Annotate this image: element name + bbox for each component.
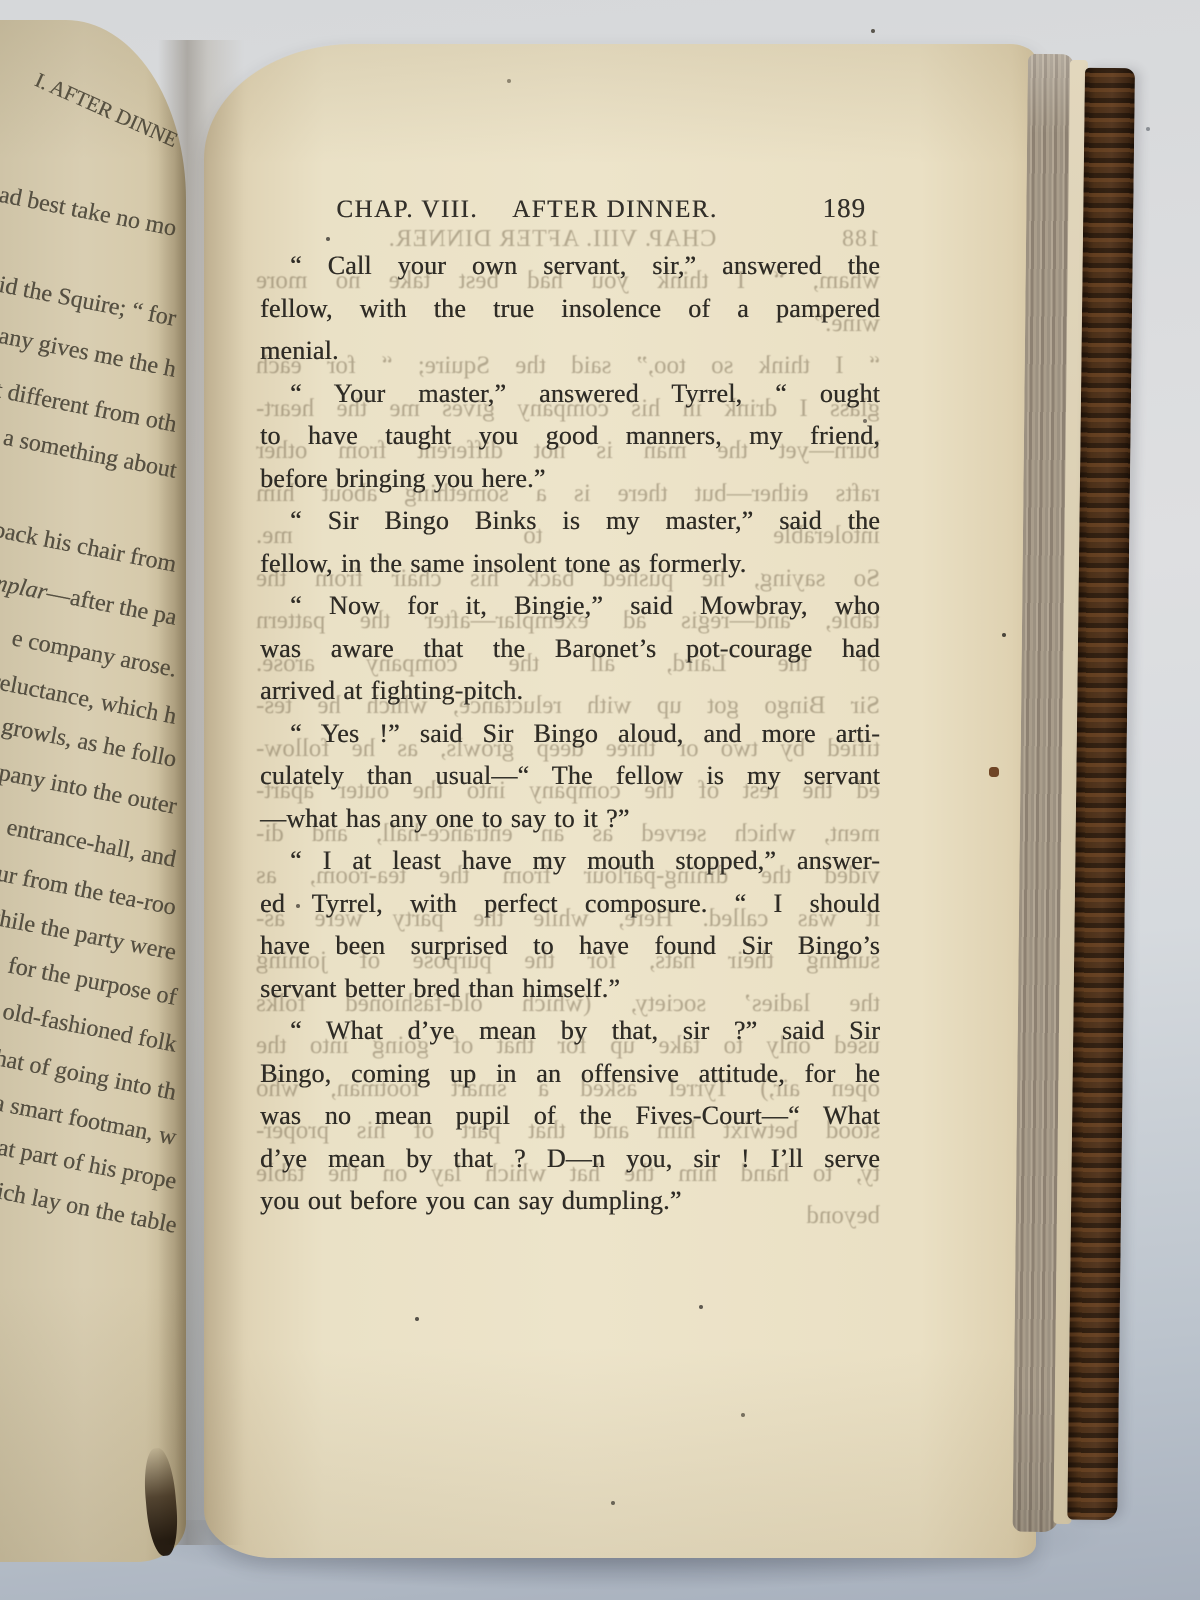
- text-line: to have taught you good manners, my frie…: [260, 415, 880, 458]
- chapter-title: AFTER DINNER.: [512, 196, 718, 223]
- facing-page-text-fragment: ushed back his chair from: [0, 505, 178, 578]
- text-line: —what has any one to say to it ?”: [260, 798, 880, 841]
- text-line: d’ye mean by that ? D—n you, sir ! I’ll …: [260, 1138, 880, 1181]
- paragraph: “ Sir Bingo Binks is my master,” said th…: [260, 500, 880, 585]
- facing-page-text-fragment: , while the party were: [0, 900, 178, 965]
- text-line: Bingo, coming up in an offensive attitud…: [260, 1053, 880, 1096]
- facing-page-text-fragment: as an entrance-hall, and: [0, 804, 178, 873]
- running-head-center: CHAP. VIII.AFTER DINNER.: [260, 196, 794, 224]
- paragraph: “ Call your own servant, sir,” answered …: [260, 245, 880, 373]
- paragraph: “ I at least have my mouth stopped,” ans…: [260, 840, 880, 1010]
- text-line: “ Yes !” said Sir Bingo aloud, and more …: [260, 713, 880, 756]
- facing-page-edge: I. AFTER DINNEyou had best take no mo” s…: [0, 20, 186, 1562]
- facing-page-text-fragment: s company gives me the h: [0, 310, 178, 383]
- facing-page-text-fragment: n is not different from oth: [0, 365, 178, 438]
- facing-page-text-fragment: ee deep growls, as he follo: [0, 698, 178, 772]
- page-number: 189: [823, 193, 867, 224]
- text-line: “ Sir Bingo Binks is my master,” said th…: [260, 500, 880, 543]
- facing-page-text-fragment: (which old-fashioned folk: [0, 985, 178, 1058]
- text-line: fellow, with the true insolence of a pam…: [260, 288, 880, 331]
- text-line: “ What d’ye mean by that, sir ?” said Si…: [260, 1010, 880, 1053]
- facing-page-text-fragment: with reluctance, which h: [0, 659, 178, 730]
- facing-page-text-fragment: here is a something about: [0, 411, 178, 483]
- text-line: ed Tyrrel, with perfect composure. “ I s…: [260, 883, 880, 926]
- facing-page-text-fragment: ” said the Squire; “ for: [0, 265, 178, 332]
- text-line: “ Your master,” answered Tyrrel, “ ought: [260, 373, 880, 416]
- book-photograph: I. AFTER DINNEyou had best take no mo” s…: [0, 0, 1200, 1600]
- facing-page-text-fragment: for the purpose of: [5, 953, 178, 1011]
- chapter-label: CHAP. VIII.: [336, 196, 478, 223]
- facing-page-text-fragment: rlour from the tea-roo: [0, 855, 178, 920]
- facing-page-text-fragment: d that part of his prope: [0, 1128, 178, 1195]
- facing-page-text-fragment: ompany into the outer: [0, 754, 178, 820]
- facing-page-text-fragment: I. AFTER DINNE: [31, 67, 182, 153]
- facing-page-text-fragment: ked a smart footman, w: [0, 1082, 178, 1151]
- body-text: “ Call your own servant, sir,” answered …: [260, 245, 880, 1223]
- text-line: “ Call your own servant, sir,” answered …: [260, 245, 880, 288]
- facing-page-text-fragment: e company arose.: [9, 625, 178, 682]
- text-line: was no mean pupil of the Fives-Court—“ W…: [260, 1095, 880, 1138]
- running-head: CHAP. VIII.AFTER DINNER. 189: [260, 196, 880, 230]
- facing-page-text-fragment: you had best take no mo: [0, 172, 178, 242]
- paper-specks: [0, 0, 2, 2]
- paragraph: “ What d’ye mean by that, sir ?” said Si…: [260, 1010, 880, 1223]
- facing-page-text-fragment: for that of going into th: [0, 1037, 178, 1105]
- text-line: menial.: [260, 330, 880, 373]
- facing-page-text-fragment: d exemplar—after the pa: [0, 560, 178, 631]
- paragraph: “ Yes !” said Sir Bingo aloud, and more …: [260, 713, 880, 841]
- book-page: 188CHAP. VIII. AFTER DINNER. wham, “ I t…: [204, 44, 1036, 1558]
- text-line: “ I at least have my mouth stopped,” ans…: [260, 840, 880, 883]
- text-line: fellow, in the same insolent tone as for…: [260, 543, 880, 586]
- text-line: “ Now for it, Bingie,” said Mowbray, who: [260, 585, 880, 628]
- text-line: you out before you can say dumpling.”: [260, 1180, 880, 1223]
- text-line: servant better bred than himself.”: [260, 968, 880, 1011]
- text-line: have been surprised to have found Sir Bi…: [260, 925, 880, 968]
- text-line: culately than usual—“ The fellow is my s…: [260, 755, 880, 798]
- paragraph: “ Your master,” answered Tyrrel, “ ought…: [260, 373, 880, 501]
- paragraph: “ Now for it, Bingie,” said Mowbray, who…: [260, 585, 880, 713]
- text-line: was aware that the Baronet’s pot-courage…: [260, 628, 880, 671]
- text-line: arrived at fighting-pitch.: [260, 670, 880, 713]
- text-line: before bringing you here.”: [260, 458, 880, 501]
- facing-page-text-fragment: at which lay on the table: [0, 1168, 178, 1238]
